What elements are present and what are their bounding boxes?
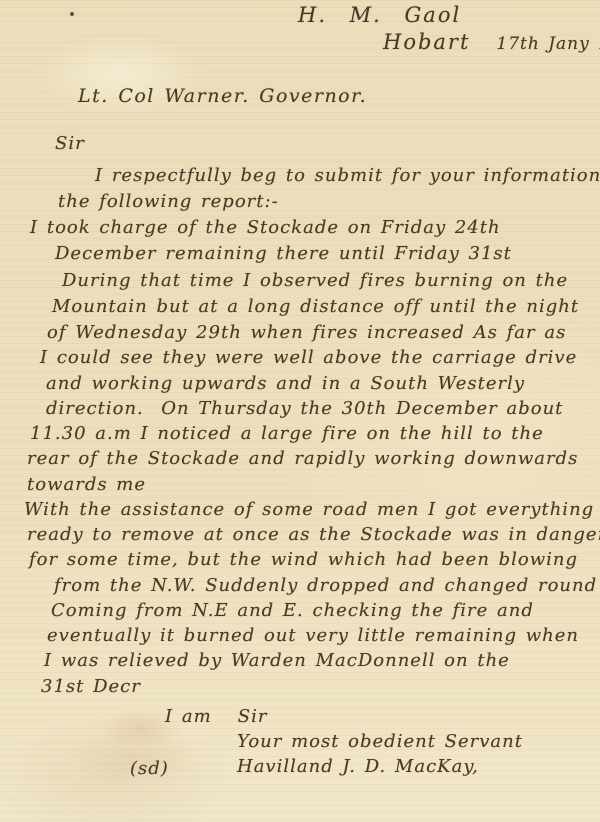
signed-abbreviation: (sd) <box>130 758 169 779</box>
body-line: ready to remove at once as the Stockade … <box>27 524 600 545</box>
body-line: During that time I observed fires burnin… <box>62 270 568 291</box>
body-line: of Wednesday 29th when fires increased A… <box>47 322 566 343</box>
body-line: from the N.W. Suddenly dropped and chang… <box>54 575 597 596</box>
body-line: eventually it burned out very little rem… <box>47 625 579 646</box>
body-line: direction. On Thursday the 30th December… <box>46 398 563 419</box>
letterhead-institution: H. M. Gaol <box>298 3 461 27</box>
body-line: Mountain but at a long distance off unti… <box>52 296 579 317</box>
body-line: and working upwards and in a South Weste… <box>46 373 525 394</box>
valediction: Your most obedient Servant <box>237 731 523 752</box>
closing-i-am: I am Sir <box>165 706 268 727</box>
letter-page: H. M. Gaol Hobart 17th Jany 1898 Lt. Col… <box>0 0 600 822</box>
body-line: I respectfully beg to submit for your in… <box>95 165 600 186</box>
body-line: With the assistance of some road men I g… <box>24 499 594 520</box>
body-line: I could see they were well above the car… <box>40 347 577 368</box>
body-line: 11.30 a.m I noticed a large fire on the … <box>30 423 544 444</box>
body-line: Coming from N.E and E. checking the fire… <box>51 600 534 621</box>
letterhead-placedate: Hobart 17th Jany 1898 <box>383 30 600 54</box>
body-line: for some time, but the wind which had be… <box>29 549 578 570</box>
salutation: Sir <box>55 133 85 154</box>
ink-speck <box>70 12 74 16</box>
body-line: the following report:- <box>58 191 279 212</box>
signature: Havilland J. D. MacKay, <box>237 756 479 777</box>
recipient-line: Lt. Col Warner. Governor. <box>78 85 367 107</box>
body-line: December remaining there until Friday 31… <box>55 243 512 264</box>
body-line: rear of the Stockade and rapidly working… <box>27 448 578 469</box>
letterhead-place: Hobart <box>383 30 470 54</box>
body-line: I took charge of the Stockade on Friday … <box>30 217 501 238</box>
letterhead-date: 17th Jany 1898 <box>496 34 600 54</box>
body-line: towards me <box>27 474 146 495</box>
body-line: I was relieved by Warden MacDonnell on t… <box>44 650 510 671</box>
body-line: 31st Decr <box>41 676 141 697</box>
